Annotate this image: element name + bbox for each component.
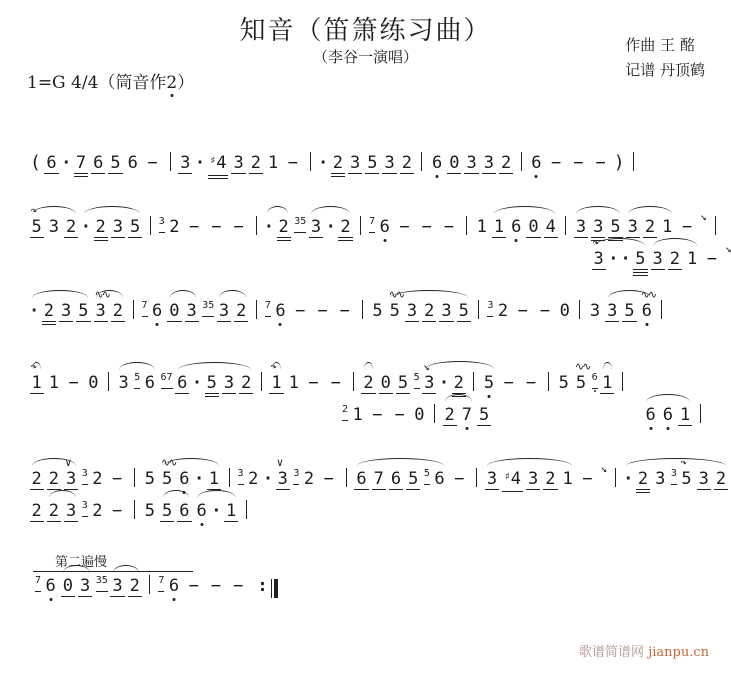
duration-dash: −	[324, 469, 334, 489]
underline	[361, 393, 375, 394]
barline	[466, 216, 467, 235]
underline	[110, 596, 124, 597]
note: 6	[46, 576, 56, 596]
barline	[548, 372, 549, 391]
ornament-m: ∿∿	[95, 285, 109, 305]
barline	[346, 468, 347, 487]
note: 4	[546, 217, 556, 237]
note: 5	[372, 301, 382, 321]
song-subtitle: （李谷一演唱）	[0, 46, 731, 67]
note: 3	[653, 249, 663, 269]
underline	[30, 237, 44, 238]
slur-group: 3♯4321	[483, 469, 576, 491]
underline	[574, 237, 588, 238]
duration-dash: −	[112, 501, 122, 521]
underline	[636, 489, 650, 490]
note: 5	[78, 301, 88, 321]
underline	[600, 393, 614, 394]
barline	[715, 216, 716, 235]
note: 1↷	[271, 373, 281, 393]
underline	[239, 393, 253, 394]
slur-group: 32	[215, 301, 250, 321]
watermark-link[interactable]: jianpu.cn	[648, 645, 709, 660]
underline	[338, 240, 352, 241]
augmentation-dot: ·	[29, 301, 39, 321]
note: 3	[590, 301, 600, 321]
underline	[94, 237, 108, 238]
note: 3	[61, 301, 71, 321]
grace-note: 7	[265, 296, 271, 317]
slur-group: 335	[572, 217, 624, 237]
underline	[78, 596, 92, 597]
note: 5∿∿	[390, 301, 400, 321]
note: 2	[248, 469, 258, 489]
note: 0	[528, 217, 538, 237]
note: 3	[384, 153, 394, 173]
note: 5	[110, 153, 120, 173]
slur-group: ·235	[80, 217, 144, 237]
underline	[697, 489, 711, 490]
note: 3	[80, 576, 90, 596]
slur-group: 321	[624, 217, 676, 237]
note: 0	[414, 405, 424, 425]
duration-dash: −	[288, 153, 298, 173]
underline	[224, 521, 238, 522]
note: 3∿∿	[96, 301, 106, 321]
slur-group: 223∨	[28, 469, 80, 489]
slur-group: 3·2	[307, 217, 354, 237]
duration-dash: −	[295, 301, 305, 321]
slur-group: 32	[109, 576, 144, 596]
duration-dash: −	[189, 576, 199, 596]
watermark: 歌谱简谱网 jianpu.cn	[579, 641, 709, 660]
underline	[276, 489, 290, 490]
note: 7	[462, 405, 472, 425]
note: 2	[402, 153, 412, 173]
underline	[231, 173, 245, 174]
note: 5	[162, 501, 172, 521]
note: 0	[63, 576, 73, 596]
note: 6	[152, 301, 162, 321]
slur-group: ·2	[263, 217, 293, 237]
underline	[309, 237, 323, 238]
note: 6	[177, 373, 187, 393]
underline	[277, 237, 291, 238]
underline	[91, 173, 105, 174]
underline	[714, 489, 728, 490]
underline	[526, 489, 540, 490]
slur-group: ·235	[28, 301, 92, 321]
note: 1	[494, 217, 504, 237]
score-row: 22332−5566·1	[28, 500, 253, 525]
note: 6	[275, 301, 285, 321]
slur-group: 676556	[353, 469, 448, 493]
note: 2	[545, 469, 555, 489]
slur-group: 1	[599, 373, 616, 393]
note: 3↷	[594, 249, 604, 269]
underline	[636, 492, 650, 493]
note: 6	[663, 405, 673, 425]
barline	[353, 372, 354, 391]
grace-note: 67	[161, 368, 173, 389]
duration-dash: −	[395, 405, 405, 425]
grace-note: 3	[159, 212, 165, 233]
duration-dash: −	[582, 469, 592, 489]
barline	[476, 468, 477, 487]
low-octave-dot	[594, 390, 596, 392]
grace-note: 35	[202, 296, 214, 317]
grace-note: 3	[238, 464, 244, 485]
underline	[128, 237, 142, 238]
duration-dash: −	[112, 469, 122, 489]
note: 5	[624, 301, 634, 321]
note: 5	[145, 469, 155, 489]
note: 3	[66, 501, 76, 521]
duration-dash: −	[340, 301, 350, 321]
underline	[678, 425, 692, 426]
note: 1	[563, 469, 573, 489]
composer-credit: 作曲 王 酩	[625, 33, 705, 58]
key-low-note: 2	[166, 73, 177, 93]
slur-group: 03	[59, 576, 94, 596]
augmentation-dot: ·	[263, 469, 273, 489]
note: 0	[88, 373, 98, 393]
slur-group: 1↷	[28, 373, 45, 393]
underline	[544, 237, 558, 238]
slur-group: 23	[45, 501, 80, 521]
underline	[422, 321, 436, 322]
underline	[389, 489, 403, 490]
note: 2	[92, 469, 102, 489]
underline	[44, 173, 58, 174]
grace-note: 3	[82, 464, 88, 485]
note: 3	[528, 469, 538, 489]
note: 6	[128, 153, 138, 173]
underline	[205, 396, 219, 397]
barline	[434, 404, 435, 423]
duration-dash: −	[504, 373, 514, 393]
slur-group: 1604	[490, 217, 559, 237]
note: 5	[610, 217, 620, 237]
note: 5	[398, 373, 408, 393]
note: 6	[179, 501, 189, 521]
note: 6	[169, 576, 179, 596]
augmentation-dot: ·	[81, 217, 91, 237]
ornament-w: ↘	[725, 239, 731, 259]
note: ♯4	[504, 469, 521, 491]
song-title: 知音（笛箫练习曲）	[0, 10, 731, 47]
low-octave-dot	[465, 427, 468, 430]
score-row: (6·7656−3·♯4321−·23532603326−−−)	[28, 152, 640, 175]
note: 1	[680, 405, 690, 425]
slur-group: 3↘·25	[421, 372, 498, 393]
duration-dash: −	[331, 373, 341, 393]
underline	[633, 272, 647, 273]
augmentation-dot: ·	[195, 153, 205, 173]
note: 6	[434, 469, 444, 489]
note: 3	[219, 301, 229, 321]
note: 2	[498, 301, 508, 321]
underline	[482, 173, 496, 174]
slur-group: 321	[649, 249, 701, 269]
underline	[217, 321, 231, 322]
note: 3	[224, 373, 234, 393]
note: 3	[607, 301, 617, 321]
note: 3	[311, 217, 321, 237]
low-octave-dot	[49, 598, 52, 601]
note: 2	[279, 217, 289, 237]
duration-dash: −	[308, 373, 318, 393]
note: 0	[381, 373, 391, 393]
score-row: ·2353∿∿27603353276−−−55∿∿323532−−03356∿∿	[28, 300, 668, 325]
ornament-w: ↘	[601, 459, 608, 479]
grace-note: 3	[487, 296, 493, 317]
augmentation-dot: ·	[608, 249, 618, 269]
note: 2	[501, 153, 511, 173]
note: 1	[602, 373, 612, 393]
barline	[421, 152, 422, 171]
barline	[310, 152, 311, 171]
underline	[379, 393, 393, 394]
note: 1↷	[32, 373, 42, 393]
duration-dash: −	[317, 301, 327, 321]
note: 6	[356, 469, 366, 489]
score-row: 661	[642, 404, 707, 425]
ornament-m: ∿∿	[389, 285, 403, 305]
parenthesis: (	[30, 153, 41, 173]
barline	[473, 372, 474, 391]
duration-dash: −	[211, 217, 221, 237]
slur-group: 6·532	[174, 373, 255, 393]
underline	[64, 521, 78, 522]
underline	[30, 521, 44, 522]
underline	[439, 321, 453, 322]
grace-note: 3	[671, 464, 677, 485]
note: 2	[44, 301, 54, 321]
score-row: 1↷1−0356676·5321↷1−−20553↘·25−−55∿∿61	[28, 372, 629, 397]
grace-note: 3	[82, 496, 88, 517]
barline	[521, 152, 522, 171]
underline	[178, 173, 192, 174]
underline	[526, 237, 540, 238]
underline	[167, 321, 181, 322]
slur-group: 5↷32	[28, 217, 80, 237]
note: 6	[531, 153, 541, 173]
note: 1	[226, 501, 236, 521]
underline	[592, 269, 606, 270]
note: 5	[635, 249, 645, 269]
underline	[64, 237, 78, 238]
barline	[246, 500, 247, 519]
barline	[362, 300, 363, 319]
score-row: 21−−0275	[340, 404, 493, 429]
grace-note: 3	[293, 464, 299, 485]
low-octave-dot	[535, 175, 538, 178]
ornament-m: ∿∿	[575, 357, 589, 377]
thick-bar	[274, 579, 278, 598]
duration-dash: −	[595, 153, 605, 173]
underline	[485, 489, 499, 490]
note: 7	[76, 153, 86, 173]
note: 5	[367, 153, 377, 173]
slur-group: 356∿∿	[604, 301, 656, 321]
underline	[30, 393, 44, 394]
duration-dash: −	[234, 217, 244, 237]
note: 3	[187, 301, 197, 321]
note: 5	[145, 501, 155, 521]
note: 6	[46, 153, 56, 173]
underline	[74, 176, 88, 177]
note: 2	[66, 217, 76, 237]
underline	[208, 175, 229, 176]
sheet-music-page: 知音（笛箫练习曲） （李谷一演唱） 作曲 王 酩 记谱 丹顶鹤 1=G 4/4（…	[0, 0, 731, 673]
note: 5∿∿	[576, 373, 586, 393]
note: 2	[96, 217, 106, 237]
barline	[256, 300, 257, 319]
note: 2	[340, 217, 350, 237]
ornament-w: ↘	[700, 207, 707, 227]
note: 3	[233, 153, 243, 173]
underline	[59, 321, 73, 322]
ornament-a: ↷	[593, 233, 598, 253]
underline	[234, 321, 248, 322]
final-repeat-barline: ∶	[257, 579, 277, 599]
duration-dash: −	[422, 217, 432, 237]
note: 3	[655, 469, 665, 489]
underline	[338, 237, 352, 238]
underline	[365, 173, 379, 174]
underline	[42, 321, 56, 322]
note: 3	[484, 153, 494, 173]
note: 5↷	[681, 469, 691, 489]
repeat-dots: ∶	[257, 577, 267, 597]
underline	[205, 393, 219, 394]
grace-note: 7	[35, 571, 41, 592]
note: 5	[479, 405, 489, 425]
key-note-digit: 2	[166, 73, 177, 93]
note: 6	[432, 153, 442, 173]
underline	[605, 321, 619, 322]
underline	[447, 173, 461, 174]
note: 3∨	[66, 469, 76, 489]
note: 5	[408, 469, 418, 489]
underline	[354, 489, 368, 490]
duration-dash: −	[682, 217, 692, 237]
note: 3	[407, 301, 417, 321]
note: 1	[49, 373, 59, 393]
note: 3	[628, 217, 638, 237]
slur-group: 2	[360, 373, 377, 393]
duration-dash: −	[573, 153, 583, 173]
note: 3	[119, 373, 129, 393]
slur-group: 5∿∿3235	[386, 301, 472, 321]
score-row: 7603353276−−−∶	[33, 575, 278, 600]
parenthesis: )	[614, 153, 625, 173]
note: 2	[638, 469, 648, 489]
note: 6	[646, 405, 656, 425]
underline	[396, 393, 410, 394]
note: 2	[241, 373, 251, 393]
underline	[222, 393, 236, 394]
underline	[30, 489, 44, 490]
note: 2	[130, 576, 140, 596]
note: 5	[559, 373, 569, 393]
note: 3	[576, 217, 586, 237]
underline	[464, 173, 478, 174]
note: 2	[716, 469, 726, 489]
note: 1	[687, 249, 697, 269]
slur-group: 3∿∿2	[92, 301, 127, 321]
barline	[633, 152, 634, 171]
grace-note: 35	[294, 212, 306, 233]
note: 0	[449, 153, 459, 173]
barline	[149, 575, 150, 594]
watermark-site: 歌谱简谱网	[579, 645, 644, 660]
grace-note: 5	[414, 368, 420, 389]
barline	[256, 216, 257, 235]
note: 2	[445, 405, 455, 425]
underline	[492, 237, 506, 238]
sharp-sign: ♯	[504, 470, 511, 483]
slur-group: 3↷··5	[590, 249, 649, 269]
underline	[47, 521, 61, 522]
underline	[502, 491, 523, 492]
note: 1	[209, 469, 219, 489]
barline	[170, 152, 171, 171]
augmentation-dot: ·	[621, 249, 631, 269]
key-prefix: 1=G 4/4（筒音作	[27, 73, 166, 93]
note: 1	[662, 217, 672, 237]
score-row: 223∨32−55∿∿6·132·3∨32−676556−3♯4321−↘·23…	[28, 468, 731, 493]
note: 3	[350, 153, 360, 173]
underline	[108, 173, 122, 174]
duration-dash: −	[526, 373, 536, 393]
underline	[111, 321, 125, 322]
underline	[382, 173, 396, 174]
underline	[94, 240, 108, 241]
note: 6	[197, 501, 207, 521]
augmentation-dot: ·	[192, 373, 202, 393]
low-octave-dot	[487, 395, 490, 398]
barline	[134, 468, 135, 487]
slur-group: 56	[159, 501, 194, 521]
barline	[150, 216, 151, 235]
note: 3↘	[424, 373, 434, 393]
underline	[331, 176, 345, 177]
underline	[269, 393, 283, 394]
note: 1	[353, 405, 363, 425]
ornament-w: ↘	[423, 357, 428, 377]
note: 2	[670, 249, 680, 269]
underline	[543, 489, 557, 490]
underline	[185, 321, 199, 322]
low-octave-dot	[645, 323, 648, 326]
duration-dash: −	[518, 301, 528, 321]
underline	[175, 393, 189, 394]
grace-note: 7	[158, 571, 164, 592]
slur-group: 27	[441, 405, 476, 425]
note: 2	[113, 301, 123, 321]
underline	[348, 173, 362, 174]
note: 6	[93, 153, 103, 173]
key-signature: 1=G 4/4（筒音作2）	[27, 68, 194, 93]
credits: 作曲 王 酩 记谱 丹顶鹤	[625, 33, 705, 83]
underline	[633, 269, 647, 270]
grace-note: 7	[142, 296, 148, 317]
grace-note: 35	[96, 571, 108, 592]
low-octave-dot	[436, 175, 439, 178]
note: 2	[304, 469, 314, 489]
